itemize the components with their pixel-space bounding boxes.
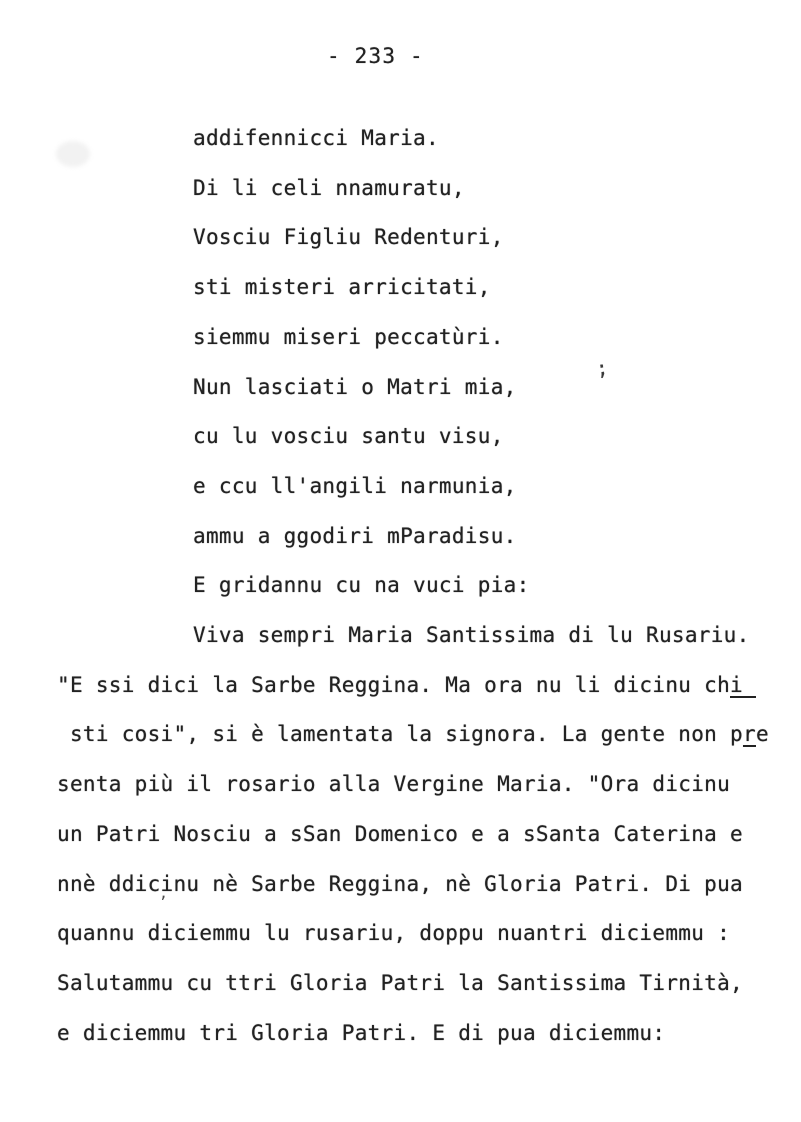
text-segment: e ccu ll'angili narmunia, (193, 474, 517, 498)
text-line-9: ammu a ggodiri mParadisu. (57, 512, 769, 562)
text-segment: addifennicci Maria. (193, 126, 439, 150)
text-segment: "E ssi dici la Sarbe Reggina. Ma ora nu … (57, 673, 730, 697)
document-page: - 233 - addifennicci Maria.Di li celi nn… (0, 0, 801, 1122)
text-line-11: Viva sempri Maria Santissima di lu Rusar… (57, 611, 769, 661)
text-line-13: sti cosi", si è lamentata la signora. La… (57, 710, 769, 760)
text-segment: E gridannu cu na vuci pia: (193, 573, 530, 597)
text-segment: e diciemmu tri Gloria Patri. E di pua di… (57, 1021, 665, 1045)
text-line-10: E gridannu cu na vuci pia: (57, 561, 769, 611)
text-segment: Vosciu Figliu Redenturi, (193, 225, 504, 249)
stray-ink-dot: , (159, 884, 168, 902)
text-segment: sti misteri arricitati, (193, 275, 491, 299)
text-line-6: Nun lasciati o Matri mia, (57, 363, 769, 413)
text-segment: siemmu miseri peccatùri. (193, 325, 504, 349)
text-line-15: un Patri Nosciu a sSan Domenico e a sSan… (57, 810, 769, 860)
text-block: addifennicci Maria.Di li celi nnamuratu,… (57, 114, 769, 1058)
text-line-17: quannu diciemmu lu rusariu, doppu nuantr… (57, 909, 769, 959)
text-line-1: addifennicci Maria. (57, 114, 769, 164)
text-segment: quannu diciemmu lu rusariu, doppu nuantr… (57, 921, 730, 945)
underlined-text-segment: i (730, 673, 756, 697)
text-line-2: Di li celi nnamuratu, (57, 164, 769, 214)
text-line-19: e diciemmu tri Gloria Patri. E di pua di… (57, 1009, 769, 1059)
text-segment: un Patri Nosciu a sSan Domenico e a sSan… (57, 822, 743, 846)
text-line-3: Vosciu Figliu Redenturi, (57, 213, 769, 263)
text-line-8: e ccu ll'angili narmunia, (57, 462, 769, 512)
text-segment: sti cosi", si è lamentata la signora. La… (57, 722, 743, 746)
text-line-7: cu lu vosciu santu visu, (57, 412, 769, 462)
text-segment: senta più il rosario alla Vergine Maria.… (57, 772, 730, 796)
underlined-text-segment: r (743, 722, 756, 746)
text-line-4: sti misteri arricitati, (57, 263, 769, 313)
text-line-14: senta più il rosario alla Vergine Maria.… (57, 760, 769, 810)
text-line-12: "E ssi dici la Sarbe Reggina. Ma ora nu … (57, 661, 769, 711)
text-segment: e (756, 722, 769, 746)
text-segment: Nun lasciati o Matri mia, (193, 375, 517, 399)
text-line-5: siemmu miseri peccatùri. (57, 313, 769, 363)
text-segment: Di li celi nnamuratu, (193, 176, 465, 200)
text-segment: Viva sempri Maria Santissima di lu Rusar… (193, 623, 750, 647)
page-number: - 233 - (327, 44, 424, 68)
text-segment: ammu a ggodiri mParadisu. (193, 524, 517, 548)
text-segment: cu lu vosciu santu visu, (193, 424, 504, 448)
text-line-18: Salutammu cu ttri Gloria Patri la Santis… (57, 959, 769, 1009)
text-segment: Salutammu cu ttri Gloria Patri la Santis… (57, 971, 743, 995)
